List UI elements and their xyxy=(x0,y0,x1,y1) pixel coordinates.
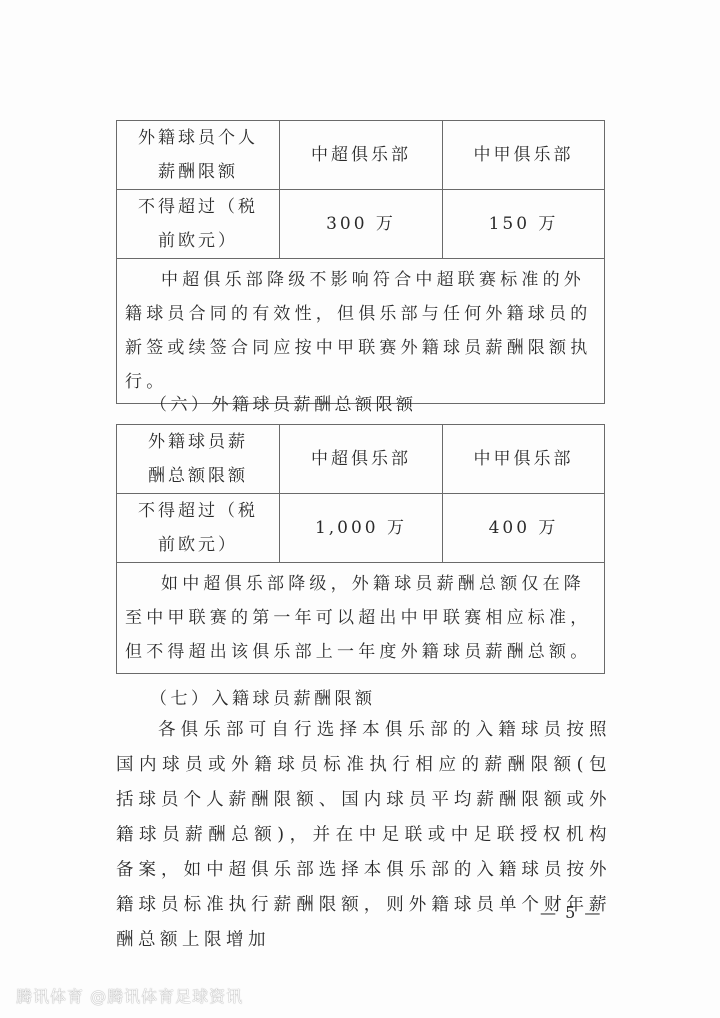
relegation-note-cell: 中超俱乐部降级不影响符合中超联赛标准的外籍球员合同的有效性，但俱乐部与任何外籍球… xyxy=(117,259,605,404)
section-7-heading: （七）入籍球员薪酬限额 xyxy=(150,684,376,709)
league-one-club-header: 中甲俱乐部 xyxy=(443,121,605,190)
total-cap-label: 外籍球员薪酬总额限额 xyxy=(148,432,248,486)
csl-club-header: 中超俱乐部 xyxy=(280,425,443,494)
page-number: — 5 — xyxy=(540,903,602,922)
individual-cap-label: 外籍球员个人薪酬限额 xyxy=(138,128,258,182)
row-label-cell: 外籍球员个人薪酬限额 xyxy=(117,121,280,190)
relegation-total-note-cell: 如中超俱乐部降级，外籍球员薪酬总额仅在降至中甲联赛的第一年可以超出中甲联赛相应标… xyxy=(117,563,605,674)
csl-individual-limit: 300 万 xyxy=(280,190,443,259)
limit-label-cell: 不得超过（税前欧元） xyxy=(117,494,280,563)
section-7-paragraph: 各俱乐部可自行选择本俱乐部的入籍球员按照国内球员或外籍球员标准执行相应的薪酬限额… xyxy=(116,713,611,958)
league-one-individual-limit: 150 万 xyxy=(443,190,605,259)
limit-label-cell: 不得超过（税前欧元） xyxy=(117,190,280,259)
document-page: 外籍球员个人薪酬限额 中超俱乐部 中甲俱乐部 不得超过（税前欧元） 300 万 … xyxy=(0,0,720,1018)
table-row: 不得超过（税前欧元） 300 万 150 万 xyxy=(117,190,605,259)
total-salary-cap-table: 外籍球员薪酬总额限额 中超俱乐部 中甲俱乐部 不得超过（税前欧元） 1,000 … xyxy=(116,424,605,674)
watermark: 腾讯体育 @腾讯体育足球资讯 xyxy=(16,984,243,1007)
table-header-row: 外籍球员薪酬总额限额 中超俱乐部 中甲俱乐部 xyxy=(117,425,605,494)
individual-salary-cap-table: 外籍球员个人薪酬限额 中超俱乐部 中甲俱乐部 不得超过（税前欧元） 300 万 … xyxy=(116,120,605,404)
csl-club-header: 中超俱乐部 xyxy=(280,121,443,190)
section-6-heading: （六）外籍球员薪酬总额限额 xyxy=(150,390,417,415)
row-label-cell: 外籍球员薪酬总额限额 xyxy=(117,425,280,494)
table-header-row: 外籍球员个人薪酬限额 中超俱乐部 中甲俱乐部 xyxy=(117,121,605,190)
naturalized-player-paragraph: 各俱乐部可自行选择本俱乐部的入籍球员按照国内球员或外籍球员标准执行相应的薪酬限额… xyxy=(116,713,611,958)
table-note-row: 如中超俱乐部降级，外籍球员薪酬总额仅在降至中甲联赛的第一年可以超出中甲联赛相应标… xyxy=(117,563,605,674)
relegation-total-note-text: 如中超俱乐部降级，外籍球员薪酬总额仅在降至中甲联赛的第一年可以超出中甲联赛相应标… xyxy=(125,567,598,669)
table-note-row: 中超俱乐部降级不影响符合中超联赛标准的外籍球员合同的有效性，但俱乐部与任何外籍球… xyxy=(117,259,605,404)
relegation-note-text: 中超俱乐部降级不影响符合中超联赛标准的外籍球员合同的有效性，但俱乐部与任何外籍球… xyxy=(125,263,598,399)
league-one-total-limit: 400 万 xyxy=(443,494,605,563)
table-row: 不得超过（税前欧元） 1,000 万 400 万 xyxy=(117,494,605,563)
league-one-club-header: 中甲俱乐部 xyxy=(443,425,605,494)
csl-total-limit: 1,000 万 xyxy=(280,494,443,563)
